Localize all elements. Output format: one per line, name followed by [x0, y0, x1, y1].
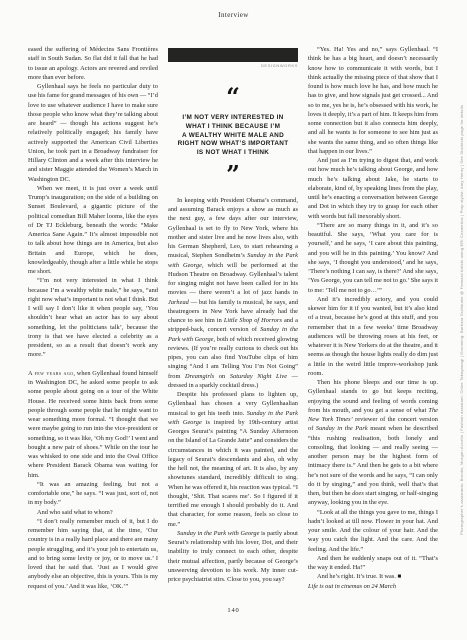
- paragraph: “I’m not very interested in what I think…: [28, 276, 158, 359]
- pull-quote-text: I’M NOT VERY INTERESTED INWHAT I THINK B…: [168, 114, 298, 158]
- column-2-body: In keeping with President Obama’s comman…: [168, 196, 298, 585]
- column-3: “Yes. Ha! Yes and no,” says Gyllenhaal. …: [308, 45, 438, 606]
- paragraph: “It was an amazing feeling, but not a co…: [28, 480, 158, 508]
- paragraph: And he’s right. It’s true. It was. ■: [308, 572, 438, 581]
- paragraph: “There are so many things in it, and it’…: [308, 221, 438, 295]
- page-number: 140: [0, 607, 467, 614]
- paragraph: In keeping with President Obama’s comman…: [168, 196, 298, 390]
- paragraph: And who said what to whom?: [28, 508, 158, 517]
- vertical-credits: Photographer’s assistants: Brooks, Morga…: [459, 70, 464, 570]
- pull-quote-block: DESIGNWORKS “ I’M NOT VERY INTERESTED IN…: [168, 48, 298, 182]
- paragraph: eased the suffering of Médecins Sans Fro…: [28, 45, 158, 82]
- pull-quote-line: RIGHT NOW WHAT’S IMPORTANT: [168, 140, 298, 149]
- pull-quote-line: A WEALTHY WHITE MALE AND: [168, 132, 298, 141]
- paragraph: “I don’t really remember much of it, but…: [28, 517, 158, 591]
- article-columns: eased the suffering of Médecins Sans Fro…: [28, 45, 438, 606]
- paragraph: And then he suddenly snaps out of it. “T…: [308, 554, 438, 573]
- black-banner-image: [168, 48, 298, 62]
- paragraph: Life is out in cinemas on 24 March: [308, 582, 438, 591]
- open-quote-icon: “: [168, 90, 298, 104]
- paragraph: “Look at all the things you gave to me, …: [308, 508, 438, 554]
- column-2: DESIGNWORKS “ I’M NOT VERY INTERESTED IN…: [168, 45, 298, 606]
- paragraph: Sunday in the Park with George is partly…: [168, 529, 298, 585]
- paragraph: When we meet, it is just over a week unt…: [28, 184, 158, 277]
- photo-credit-caption: DESIGNWORKS: [168, 63, 298, 68]
- paragraph: “Yes. Ha! Yes and no,” says Gyllenhaal. …: [308, 45, 438, 156]
- paragraph: Gyllenhaal says he feels no particular d…: [28, 82, 158, 184]
- pull-quote-line: WHAT I THINK BECAUSE I’M: [168, 123, 298, 132]
- paragraph: And it’s incredibly actory, and you coul…: [308, 295, 438, 378]
- paragraph: And just as I’m trying to digest that, a…: [308, 156, 438, 221]
- pull-quote-line: I’M NOT VERY INTERESTED IN: [168, 114, 298, 123]
- column-1: eased the suffering of Médecins Sans Fro…: [28, 45, 158, 606]
- magazine-page: Interview eased the suffering of Médecin…: [0, 0, 467, 640]
- paragraph: Despite his professed plans to lighten u…: [168, 390, 298, 529]
- paragraph: Then his phone bleeps and our time is up…: [308, 378, 438, 508]
- pull-quote-line: IS NOT WHAT I THINK: [168, 149, 298, 158]
- paragraph: A few years ago, when Gyllenhaal found h…: [28, 369, 158, 480]
- close-quote-icon: ”: [168, 168, 298, 182]
- running-head: Interview: [0, 11, 467, 19]
